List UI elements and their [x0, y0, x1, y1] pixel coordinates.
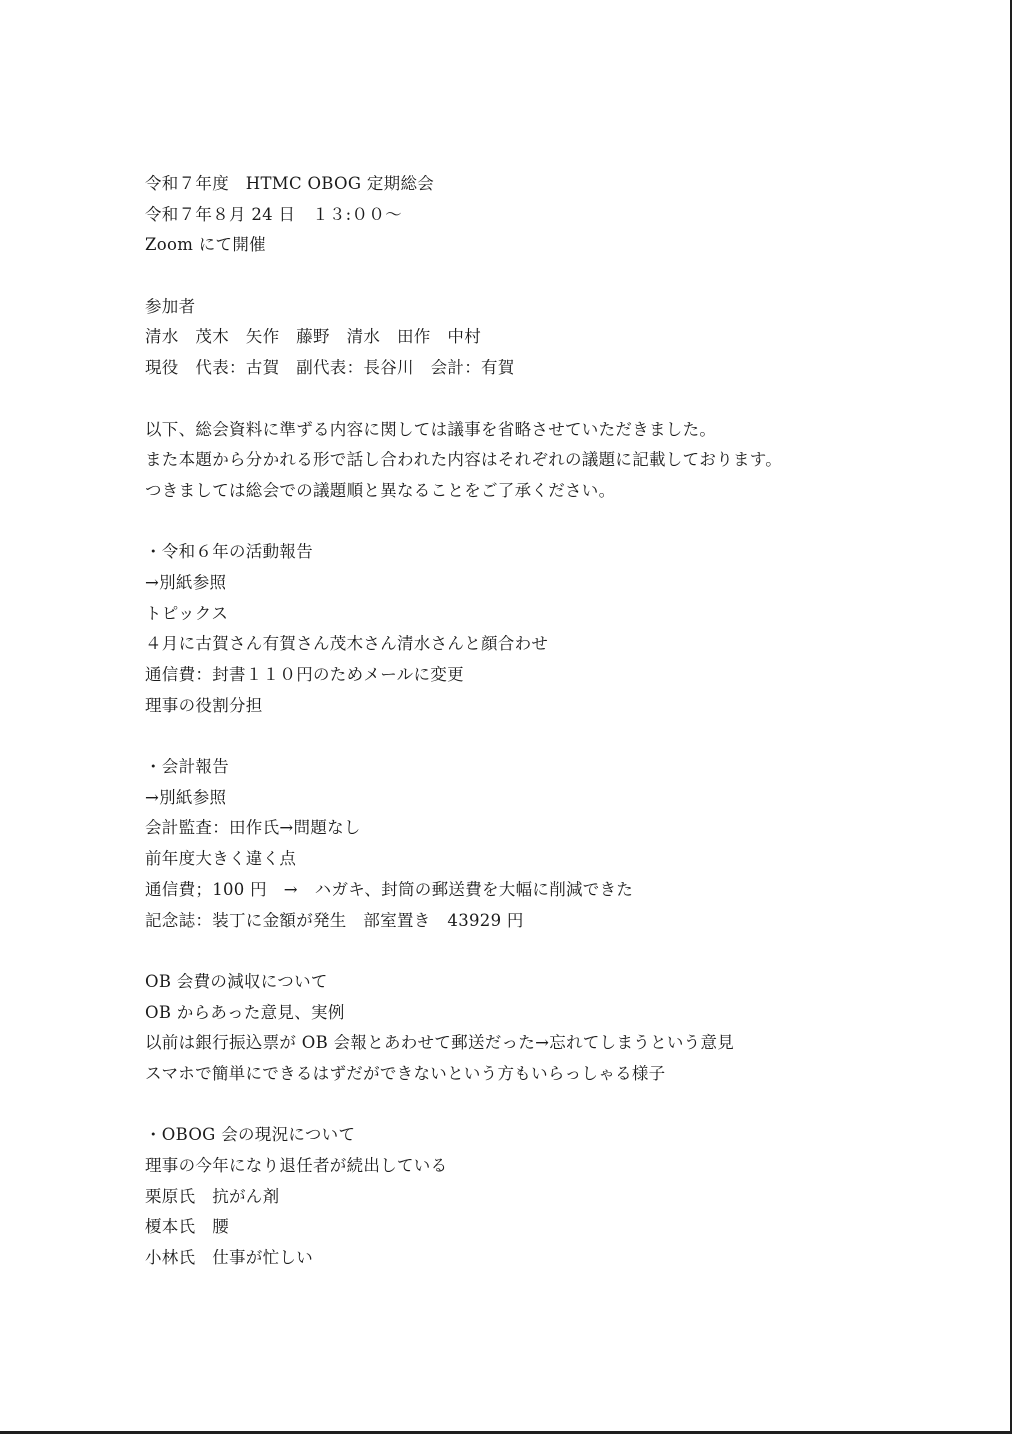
spacer: [145, 1090, 965, 1121]
meeting-datetime: 令和７年８月 24 日 １３:００～: [145, 200, 965, 231]
attendees-label: 参加者: [145, 292, 965, 323]
intro-line: 以下、総会資料に準ずる内容に関しては議事を省略させていただきました。: [145, 415, 965, 446]
section-line: 理事の今年になり退任者が続出している: [145, 1151, 965, 1182]
spacer: [145, 936, 965, 967]
section-line: 記念誌：装丁に金額が発生 部室置き 43929 円: [145, 906, 965, 937]
spacer: [145, 261, 965, 292]
section-line: 会計監査：田作氏→問題なし: [145, 813, 965, 844]
spacer: [145, 721, 965, 752]
section-line: スマホで簡単にできるはずだができないという方もいらっしゃる様子: [145, 1059, 965, 1090]
intro-line: つきましては総会での議題順と異なることをご了承ください。: [145, 476, 965, 507]
section-heading-ob-fee-decline: OB 会費の減収について: [145, 967, 965, 998]
section-line: 栗原氏 抗がん剤: [145, 1182, 965, 1213]
section-line: 前年度大きく違く点: [145, 844, 965, 875]
section-line: ４月に古賀さん有賀さん茂木さん清水さんと顔合わせ: [145, 629, 965, 660]
section-line: 通信費：封書１１０円のためメールに変更: [145, 660, 965, 691]
spacer: [145, 384, 965, 415]
document-page: 令和７年度 HTMC OBOG 定期総会 令和７年８月 24 日 １３:００～ …: [0, 0, 1012, 1434]
section-line: 理事の役割分担: [145, 691, 965, 722]
section-line: →別紙参照: [145, 568, 965, 599]
document-title: 令和７年度 HTMC OBOG 定期総会: [145, 169, 965, 200]
section-heading-accounting-report: ・会計報告: [145, 752, 965, 783]
section-line: →別紙参照: [145, 783, 965, 814]
meeting-minutes: 令和７年度 HTMC OBOG 定期総会 令和７年８月 24 日 １３:００～ …: [145, 169, 965, 1274]
section-line: 小林氏 仕事が忙しい: [145, 1243, 965, 1274]
section-line: 通信費；100 円 → ハガキ、封筒の郵送費を大幅に削減できた: [145, 875, 965, 906]
meeting-venue: Zoom にて開催: [145, 230, 965, 261]
attendees-current-list: 現役 代表：古賀 副代表：長谷川 会計：有賀: [145, 353, 965, 384]
section-line: OB からあった意見、実例: [145, 998, 965, 1029]
intro-line: また本題から分かれる形で話し合われた内容はそれぞれの議題に記載しております。: [145, 445, 965, 476]
section-line: 以前は銀行振込票が OB 会報とあわせて郵送だった→忘れてしまうという意見: [145, 1028, 965, 1059]
spacer: [145, 507, 965, 538]
section-line: 榎本氏 腰: [145, 1212, 965, 1243]
attendees-ob-list: 清水 茂木 矢作 藤野 清水 田作 中村: [145, 322, 965, 353]
section-heading-obog-status: ・OBOG 会の現況について: [145, 1120, 965, 1151]
section-heading-activity-report: ・令和６年の活動報告: [145, 537, 965, 568]
section-line: トピックス: [145, 599, 965, 630]
